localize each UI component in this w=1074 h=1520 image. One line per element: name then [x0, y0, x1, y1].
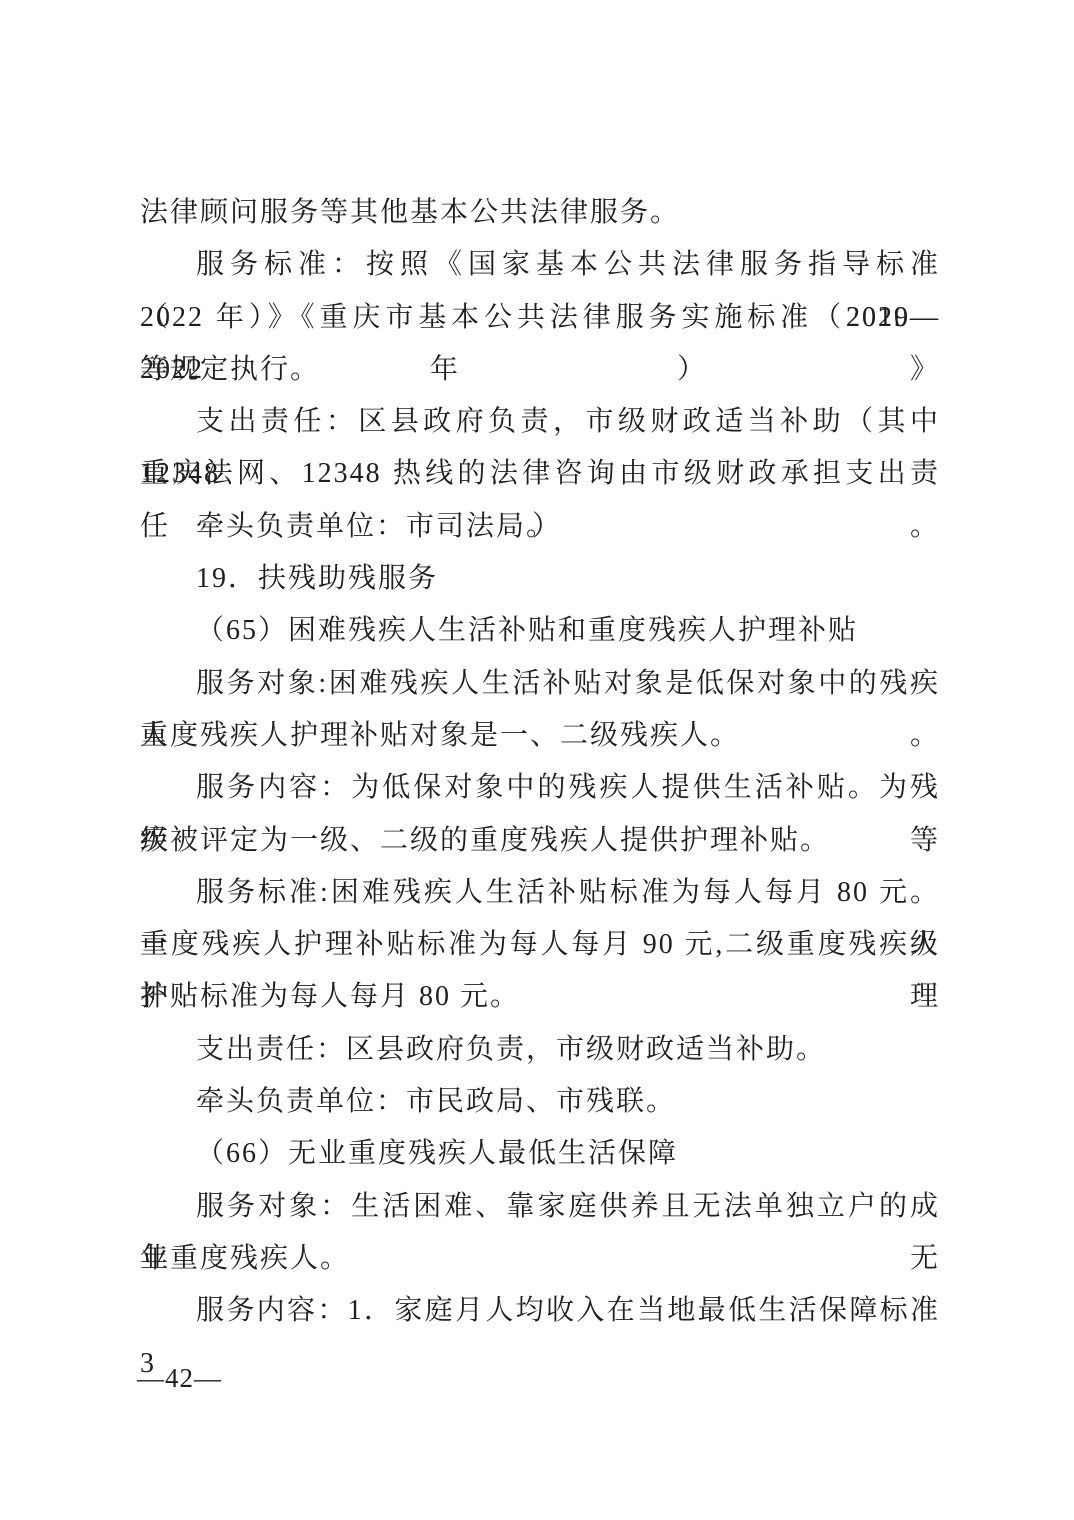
page-number: —42— — [137, 1358, 222, 1398]
document-body: 法律顾问服务等其他基本公共法律服务。服务标准：按照《国家基本公共法律服务指导标准… — [140, 187, 940, 1338]
text-line: 牵头负责单位：市民政局、市残联。 — [140, 1076, 940, 1128]
text-line: 服务对象:困难残疾人生活补贴对象是低保对象中的残疾人。 — [140, 658, 940, 710]
text-line: 2022 年）》《重庆市基本公共法律服务实施标准（2020—2022 年）》 — [140, 292, 940, 344]
text-line: 支出责任：区县政府负责，市级财政适当补助。 — [140, 1024, 940, 1076]
text-line: （65）困难残疾人生活补贴和重度残疾人护理补贴 — [140, 605, 940, 657]
text-line: 服务标准:困难残疾人生活补贴标准为每人每月 80 元。一级 — [140, 867, 940, 919]
text-line: 19．扶残助残服务 — [140, 553, 940, 605]
text-line: 支出责任：区县政府负责，市级财政适当补助（其中 12348 — [140, 396, 940, 448]
text-line: 重度残疾人护理补贴标准为每人每月 90 元,二级重度残疾人护理 — [140, 919, 940, 971]
text-line: 服务标准：按照《国家基本公共法律服务指导标准（2019— — [140, 239, 940, 291]
text-line: 级被评定为一级、二级的重度残疾人提供护理补贴。 — [140, 815, 940, 867]
document-page: 法律顾问服务等其他基本公共法律服务。服务标准：按照《国家基本公共法律服务指导标准… — [0, 0, 1074, 1520]
text-line: 服务对象：生活困难、靠家庭供养且无法单独立户的成年无 — [140, 1181, 940, 1233]
text-line: 法律顾问服务等其他基本公共法律服务。 — [140, 187, 940, 239]
text-line: （66）无业重度残疾人最低生活保障 — [140, 1128, 940, 1180]
text-line: 重庆法网、12348 热线的法律咨询由市级财政承担支出责任）。 — [140, 448, 940, 500]
text-line: 服务内容：1．家庭月人均收入在当地最低生活保障标准 3 — [140, 1285, 940, 1337]
text-line: 服务内容：为低保对象中的残疾人提供生活补贴。为残疾等 — [140, 762, 940, 814]
